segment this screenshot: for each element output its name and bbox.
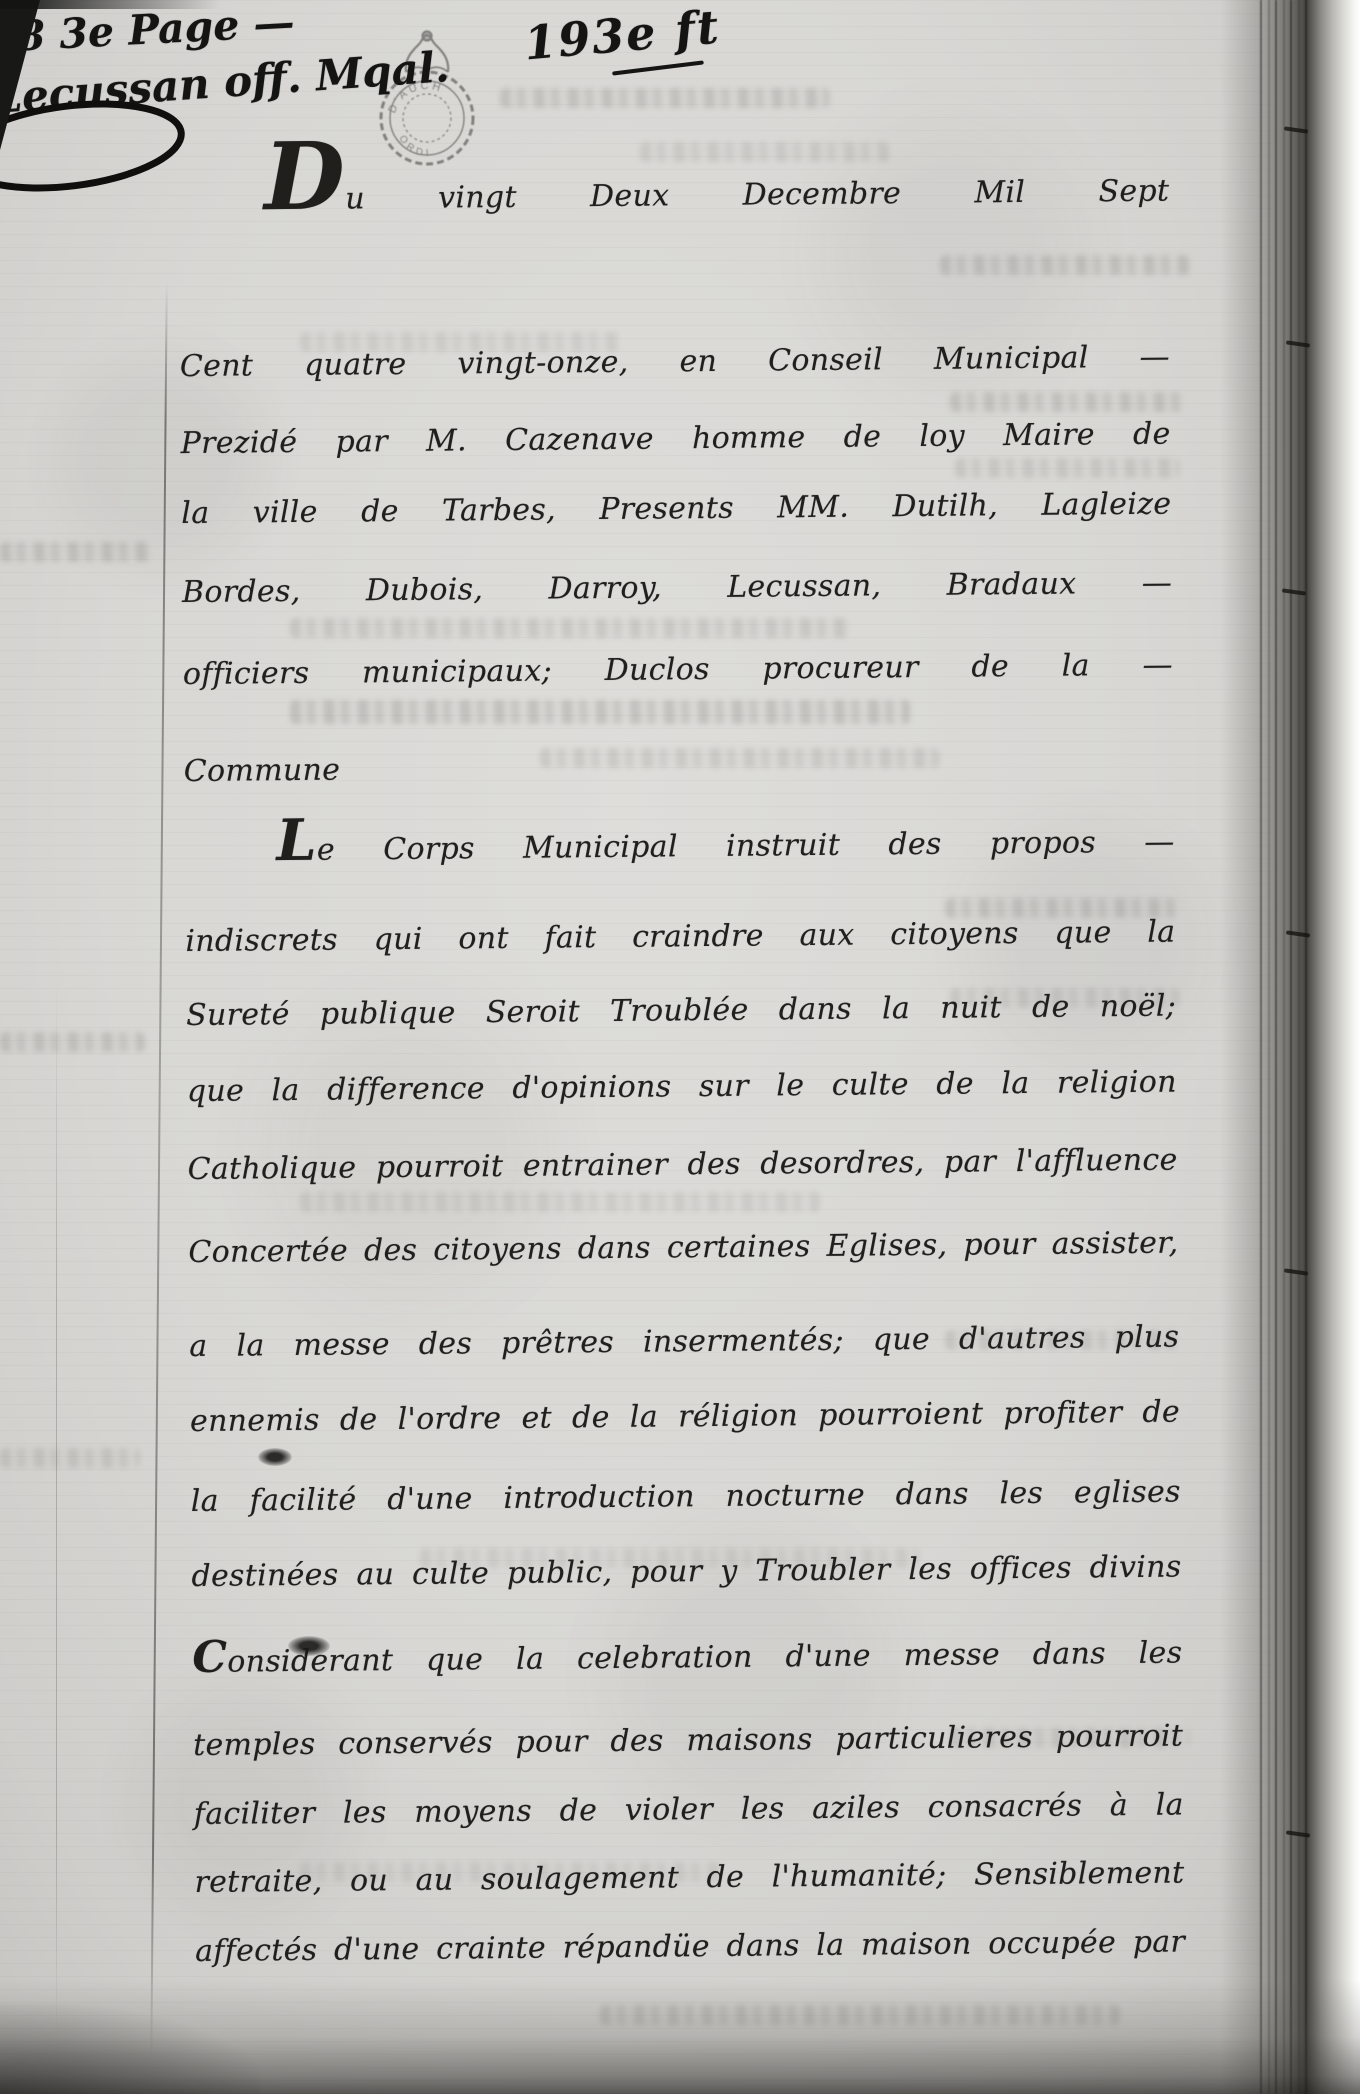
manuscript-line: Considerant que la celebration d'une mes… bbox=[192, 1634, 1182, 1684]
manuscript-line: Bordes, Dubois, Darroy, Lecussan, Bradau… bbox=[182, 564, 1172, 614]
manuscript-line: officiers municipaux; Duclos procureur d… bbox=[183, 646, 1173, 696]
manuscript-page: D'AUCH ORDI 38 3e Page — Lecussan off. M… bbox=[0, 0, 1360, 2094]
binding-streaks bbox=[1260, 0, 1312, 2094]
manuscript-line: Du vingt Deux Decembre Mil Sept bbox=[264, 169, 1169, 221]
manuscript-line: affectés d'une crainte répandüe dans la … bbox=[195, 1922, 1185, 1972]
manuscript-line: la ville de Tarbes, Presents MM. Dutilh,… bbox=[181, 485, 1171, 535]
manuscript-line: Prezidé par M. Cazenave homme de loy Mai… bbox=[180, 415, 1170, 465]
scan-corner-shadow bbox=[0, 0, 40, 150]
manuscript-line: Catholique pourroit entrainer des desord… bbox=[187, 1141, 1177, 1191]
manuscript-line: a la messe des prêtres insermentés; que … bbox=[189, 1318, 1179, 1368]
manuscript-line: Cent quatre vingt-onze, en Conseil Munic… bbox=[180, 338, 1170, 388]
manuscript-line: ennemis de l'ordre et de la réligion pou… bbox=[190, 1393, 1180, 1443]
manuscript-line: faciliter les moyens de violer les azile… bbox=[194, 1785, 1184, 1835]
manuscript-line: la facilité d'une introduction nocturne … bbox=[191, 1473, 1181, 1523]
page-bottom-corner-shadow bbox=[0, 2004, 260, 2094]
manuscript-line: retraite, ou au soulagement de l'humanit… bbox=[194, 1853, 1184, 1903]
manuscript-line: indiscrets qui ont fait craindre aux cit… bbox=[185, 913, 1175, 963]
manuscript-line: Le Corps Municipal instruit des propos — bbox=[276, 823, 1174, 872]
crease-line bbox=[56, 980, 57, 2040]
manuscript-line: temples conservés pour des maisons parti… bbox=[193, 1717, 1183, 1767]
manuscript-line: Concertée des citoyens dans certaines Eg… bbox=[188, 1224, 1178, 1274]
manuscript-text: Du vingt Deux Decembre Mil Sept Cent qua… bbox=[0, 0, 1360, 2094]
scan-top-shadow bbox=[0, 0, 220, 9]
manuscript-line: Commune bbox=[184, 751, 341, 792]
manuscript-line: destinées au culte public, pour y Troubl… bbox=[191, 1548, 1181, 1598]
manuscript-line: que la difference d'opinions sur le cult… bbox=[187, 1063, 1177, 1113]
manuscript-line: Sureté publique Seroit Troublée dans la … bbox=[186, 987, 1176, 1037]
